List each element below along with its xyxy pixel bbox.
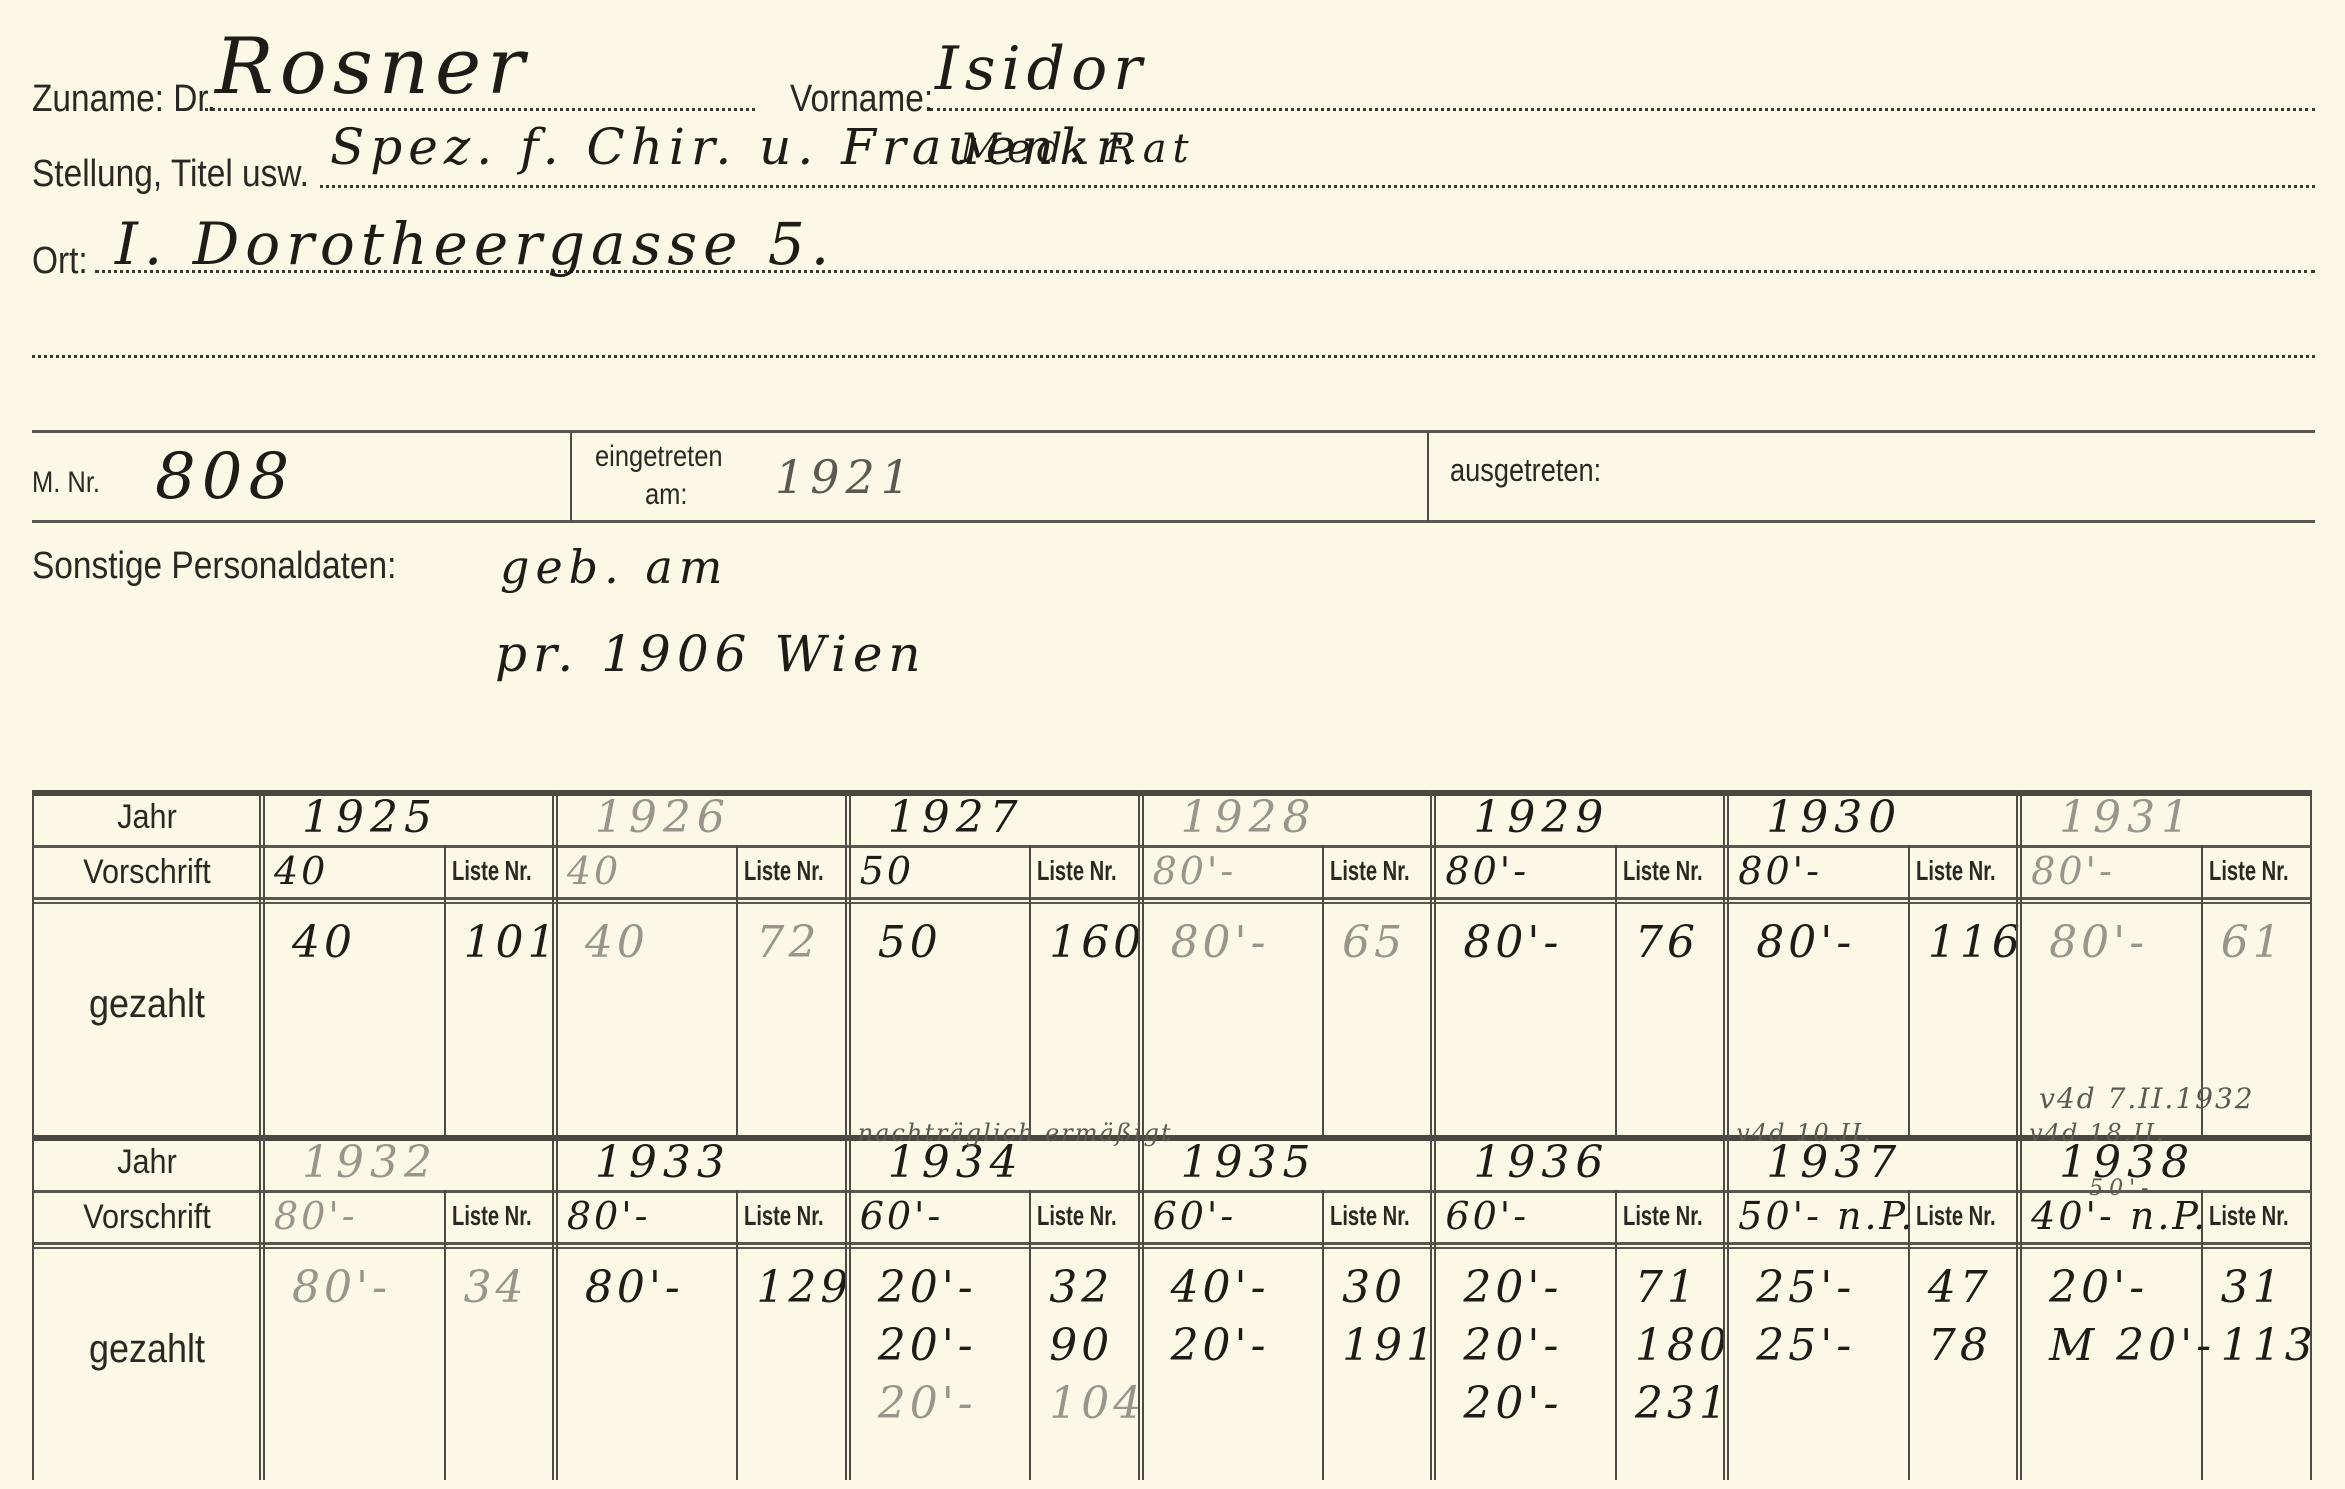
paid-amount: 20'- bbox=[1463, 1320, 1562, 1371]
year-value: 1925 bbox=[302, 792, 438, 843]
firstname-line bbox=[930, 108, 2315, 111]
joined-label-line1: eingetreten bbox=[595, 440, 723, 474]
list-column-divider bbox=[736, 1190, 738, 1480]
year-column-divider bbox=[1723, 1135, 1729, 1480]
list-number-value: 90 bbox=[1049, 1320, 1113, 1371]
list-column-divider bbox=[1029, 1190, 1031, 1480]
list-number-header: Liste Nr. bbox=[1330, 855, 1410, 887]
member-number-label: M. Nr. bbox=[32, 466, 100, 500]
paid-row-top-rule bbox=[32, 1242, 2312, 1245]
position-line bbox=[320, 185, 2315, 188]
year-value: 1932 bbox=[302, 1137, 438, 1188]
paid-amount: 40 bbox=[292, 917, 356, 968]
list-number-value: 32 bbox=[1049, 1262, 1113, 1313]
list-number-header: Liste Nr. bbox=[744, 855, 824, 887]
list-number-value: 78 bbox=[1928, 1320, 1992, 1371]
table-left-border bbox=[32, 1135, 34, 1480]
list-number-value: 47 bbox=[1928, 1262, 1992, 1313]
prescribed-value: 80'- bbox=[274, 1194, 358, 1238]
list-column-divider bbox=[444, 845, 446, 1135]
prescribed-row-top-rule bbox=[32, 845, 2312, 848]
table-right-border bbox=[2310, 1135, 2312, 1480]
year-note: v4d 10.II. bbox=[1736, 1119, 1873, 1147]
year-value: 1928 bbox=[1181, 792, 1317, 843]
personal-data-line2: pr. 1906 Wien bbox=[495, 625, 927, 683]
list-number-value: 71 bbox=[1635, 1262, 1699, 1313]
list-number-header: Liste Nr. bbox=[1623, 1200, 1703, 1232]
firstname-value: Isidor bbox=[935, 34, 1148, 104]
payment-note: v4d 7.II.1932 bbox=[2039, 1082, 2254, 1115]
year-column-divider bbox=[845, 1135, 851, 1480]
list-number-header: Liste Nr. bbox=[1623, 855, 1703, 887]
prescribed-value: 80'- bbox=[1445, 849, 1529, 893]
position-extra-value: Med. Rat bbox=[960, 126, 1195, 172]
paid-row-double-rule bbox=[32, 902, 2312, 904]
paid-amount: 80'- bbox=[1756, 917, 1855, 968]
paid-label: gezahlt bbox=[44, 1327, 251, 1372]
list-number-header: Liste Nr. bbox=[2209, 1200, 2289, 1232]
year-column-divider bbox=[552, 1135, 558, 1480]
list-number-value: 160 bbox=[1049, 917, 1145, 968]
paid-amount: M 20'- bbox=[2049, 1320, 2215, 1371]
paid-amount: 20'- bbox=[2049, 1262, 2148, 1313]
list-column-divider bbox=[1029, 845, 1031, 1135]
prescribed-label: Vorschrift bbox=[44, 853, 251, 892]
year-column-divider bbox=[1723, 790, 1729, 1135]
list-number-value: 116 bbox=[1928, 917, 2024, 968]
prescribed-value: 40 bbox=[567, 849, 621, 893]
list-number-value: 101 bbox=[464, 917, 560, 968]
paid-amount: 80'- bbox=[292, 1262, 391, 1313]
prescribed-label: Vorschrift bbox=[44, 1198, 251, 1237]
paid-amount: 25'- bbox=[1756, 1320, 1855, 1371]
left-label: ausgetreten: bbox=[1450, 452, 1601, 489]
year-value: 1931 bbox=[2059, 792, 2195, 843]
paid-amount: 20'- bbox=[1171, 1320, 1270, 1371]
list-number-value: 61 bbox=[2221, 917, 2285, 968]
paid-row-top-rule bbox=[32, 897, 2312, 900]
paid-amount: 25'- bbox=[1756, 1262, 1855, 1313]
year-value: 1936 bbox=[1473, 1137, 1609, 1188]
prescribed-value: 40 bbox=[274, 849, 328, 893]
list-column-divider bbox=[1322, 1190, 1324, 1480]
membership-index-card: Zuname: Dr. Rosner Vorname: Isidor Stell… bbox=[0, 0, 2345, 1489]
year-column-divider bbox=[1138, 790, 1144, 1135]
list-number-header: Liste Nr. bbox=[1330, 1200, 1410, 1232]
membership-divider-2 bbox=[1427, 433, 1429, 521]
paid-amount: 40 bbox=[585, 917, 649, 968]
year-value: 1935 bbox=[1181, 1137, 1317, 1188]
firstname-label: Vorname: bbox=[790, 78, 933, 121]
surname-value: Rosner bbox=[215, 22, 530, 112]
paid-row-double-rule bbox=[32, 1247, 2312, 1249]
list-number-value: 31 bbox=[2221, 1262, 2285, 1313]
year-column-divider bbox=[1430, 1135, 1436, 1480]
paid-amount: 20'- bbox=[878, 1262, 977, 1313]
list-column-divider bbox=[1615, 845, 1617, 1135]
prescribed-value: 50 bbox=[860, 849, 914, 893]
prescribed-value: 60'- bbox=[1153, 1194, 1237, 1238]
year-label: Jahr bbox=[44, 798, 251, 837]
membership-divider-1 bbox=[570, 433, 572, 521]
year-column-divider bbox=[2016, 1135, 2022, 1480]
list-number-value: 129 bbox=[756, 1262, 852, 1313]
list-number-value: 191 bbox=[1342, 1320, 1438, 1371]
list-number-value: 180 bbox=[1635, 1320, 1731, 1371]
list-column-divider bbox=[1615, 1190, 1617, 1480]
dues-table: JahrVorschriftgezahlt192540Liste Nr.4010… bbox=[32, 790, 2312, 1480]
year-column-divider bbox=[259, 790, 265, 1135]
prescribed-value: 80'- bbox=[2031, 849, 2115, 893]
list-number-header: Liste Nr. bbox=[744, 1200, 824, 1232]
joined-value: 1921 bbox=[775, 450, 916, 504]
personal-data-label: Sonstige Personaldaten: bbox=[32, 545, 396, 588]
year-note: v4d 18.II. bbox=[2029, 1119, 2166, 1147]
place-value: I. Dorotheergasse 5. bbox=[115, 210, 835, 278]
table-left-border bbox=[32, 790, 34, 1135]
list-number-value: 34 bbox=[464, 1262, 528, 1313]
list-number-header: Liste Nr. bbox=[452, 855, 532, 887]
list-column-divider bbox=[736, 845, 738, 1135]
list-number-value: 30 bbox=[1342, 1262, 1406, 1313]
list-number-value: 231 bbox=[1635, 1378, 1731, 1429]
paid-amount: 20'- bbox=[878, 1320, 977, 1371]
paid-amount: 40'- bbox=[1171, 1262, 1270, 1313]
paid-amount: 20'- bbox=[1463, 1262, 1562, 1313]
list-number-value: 65 bbox=[1342, 917, 1406, 968]
membership-bottom-rule bbox=[32, 520, 2315, 523]
list-number-value: 113 bbox=[2221, 1320, 2317, 1371]
list-column-divider bbox=[444, 1190, 446, 1480]
prescribed-value: 60'- bbox=[860, 1194, 944, 1238]
list-number-value: 104 bbox=[1049, 1378, 1145, 1429]
place-label: Ort: bbox=[32, 240, 88, 283]
year-column-divider bbox=[845, 790, 851, 1135]
list-column-divider bbox=[1322, 845, 1324, 1135]
list-number-header: Liste Nr. bbox=[452, 1200, 532, 1232]
year-label: Jahr bbox=[44, 1143, 251, 1182]
joined-label-line2: am: bbox=[645, 478, 688, 512]
prescribed-note: 50'- bbox=[2089, 1176, 2154, 1201]
year-value: 1929 bbox=[1473, 792, 1609, 843]
paid-amount: 20'- bbox=[1463, 1378, 1562, 1429]
year-note: nachträglich ermäßigt bbox=[858, 1119, 1173, 1147]
paid-amount: 80'- bbox=[2049, 917, 2148, 968]
year-column-divider bbox=[1138, 1135, 1144, 1480]
list-number-value: 72 bbox=[756, 917, 820, 968]
member-number-value: 808 bbox=[155, 440, 295, 514]
year-value: 1927 bbox=[888, 792, 1024, 843]
list-number-header: Liste Nr. bbox=[1037, 855, 1117, 887]
table-right-border bbox=[2310, 790, 2312, 1135]
prescribed-value: 80'- bbox=[1738, 849, 1822, 893]
position-label: Stellung, Titel usw. bbox=[32, 153, 309, 196]
year-value: 1926 bbox=[595, 792, 731, 843]
year-column-divider bbox=[2016, 790, 2022, 1135]
paid-amount: 50 bbox=[878, 917, 942, 968]
prescribed-value: 80'- bbox=[567, 1194, 651, 1238]
list-number-header: Liste Nr. bbox=[1916, 1200, 1996, 1232]
prescribed-value: 50'- n.P. bbox=[1738, 1194, 1915, 1238]
prescribed-value: 60'- bbox=[1445, 1194, 1529, 1238]
blank-line bbox=[32, 355, 2315, 358]
paid-label: gezahlt bbox=[44, 982, 251, 1027]
year-column-divider bbox=[552, 790, 558, 1135]
paid-amount: 80'- bbox=[585, 1262, 684, 1313]
year-column-divider bbox=[259, 1135, 265, 1480]
personal-data-line1: geb. am bbox=[500, 540, 728, 594]
list-number-header: Liste Nr. bbox=[1037, 1200, 1117, 1232]
list-number-value: 76 bbox=[1635, 917, 1699, 968]
year-value: 1933 bbox=[595, 1137, 731, 1188]
paid-amount: 80'- bbox=[1171, 917, 1270, 968]
year-column-divider bbox=[1430, 790, 1436, 1135]
list-number-header: Liste Nr. bbox=[1916, 855, 1996, 887]
year-value: 1930 bbox=[1766, 792, 1902, 843]
prescribed-value: 80'- bbox=[1153, 849, 1237, 893]
prescribed-row-top-rule bbox=[32, 1190, 2312, 1193]
list-number-header: Liste Nr. bbox=[2209, 855, 2289, 887]
paid-amount: 20'- bbox=[878, 1378, 977, 1429]
surname-label: Zuname: Dr. bbox=[32, 78, 216, 121]
membership-top-rule bbox=[32, 430, 2315, 433]
list-column-divider bbox=[1908, 845, 1910, 1135]
paid-amount: 80'- bbox=[1463, 917, 1562, 968]
